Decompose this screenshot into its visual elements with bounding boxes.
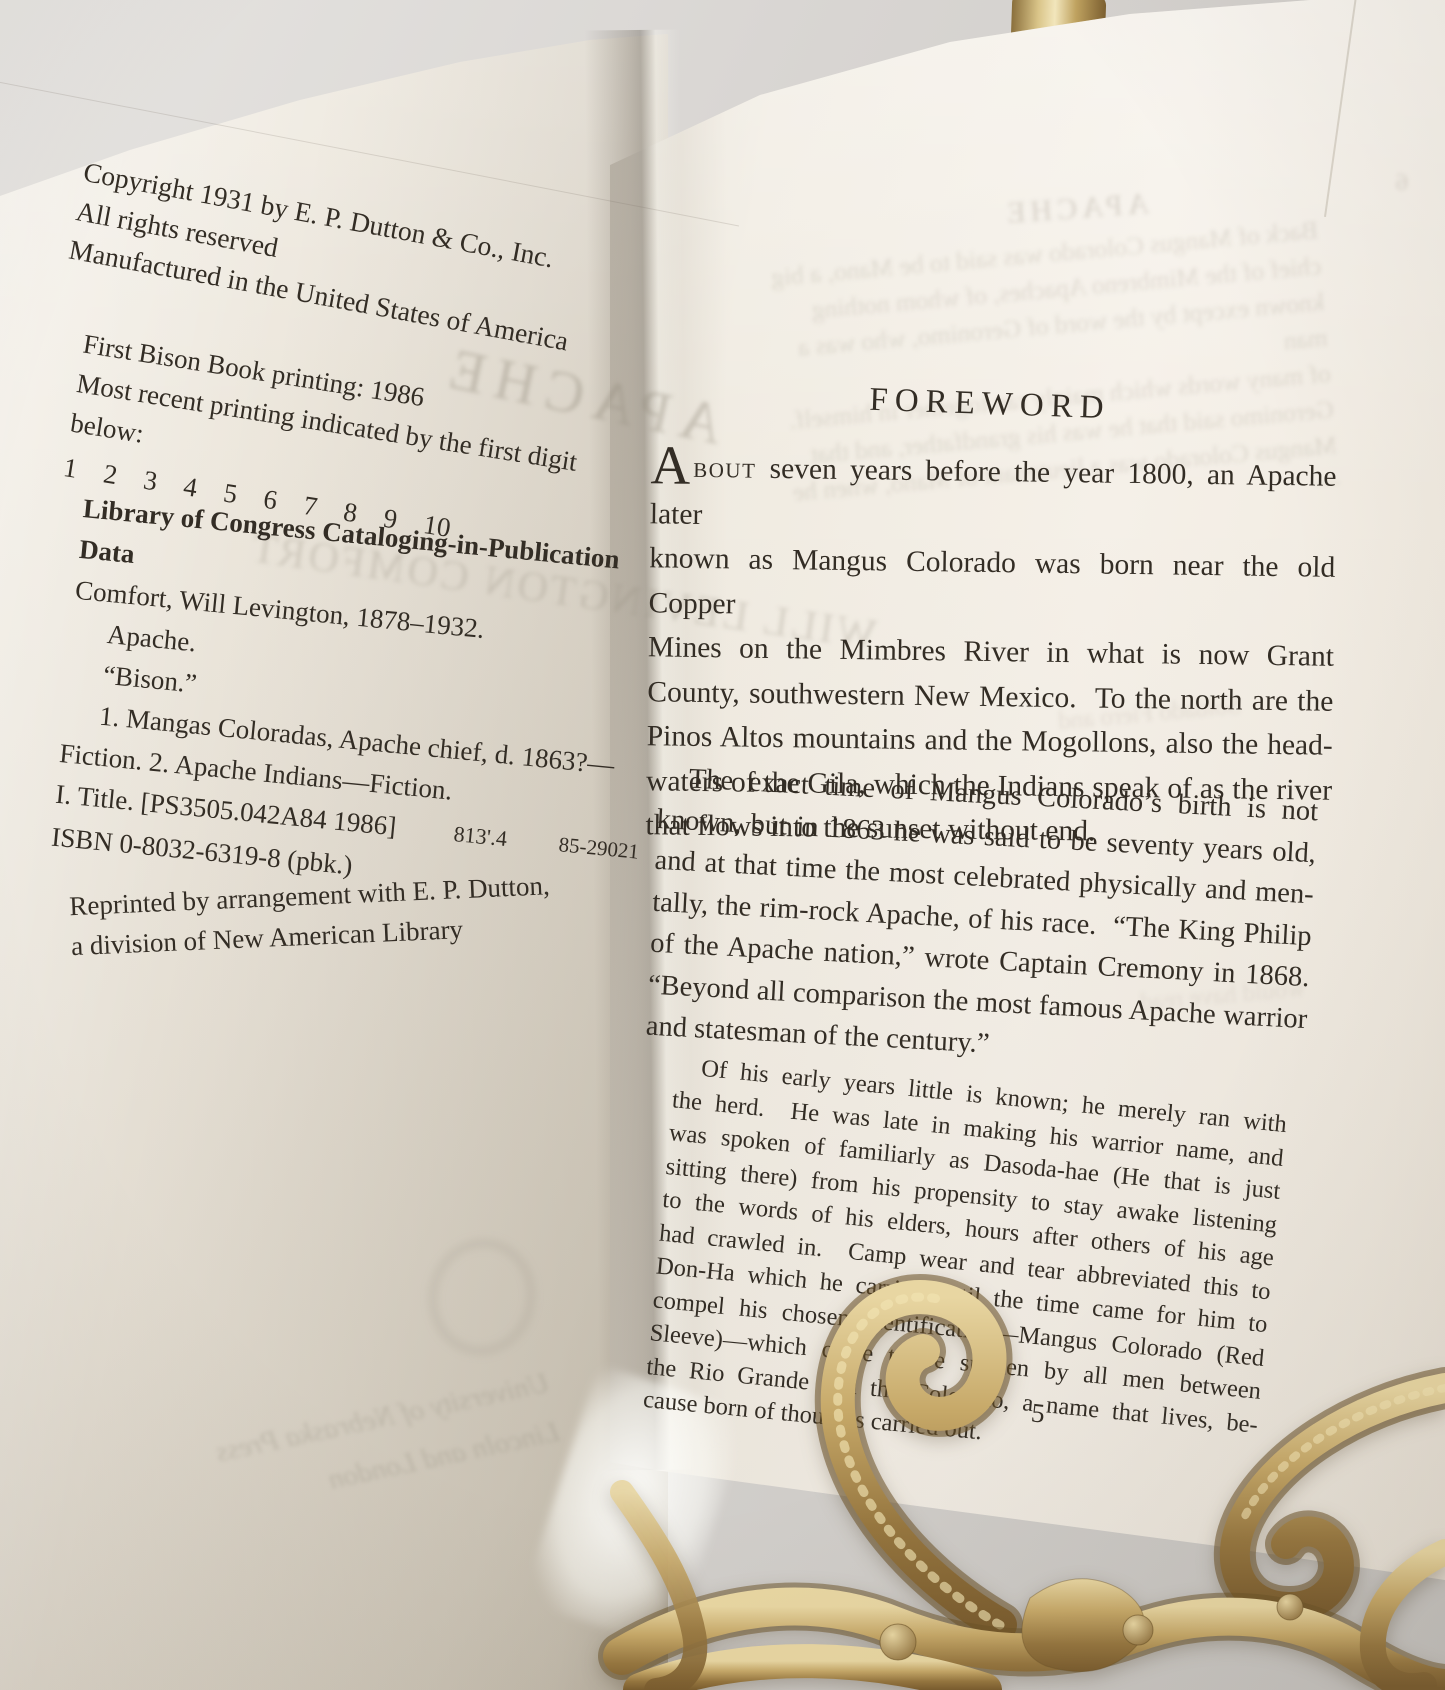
ghost-page-number: 6 [1396,170,1408,197]
foreword-paragraph-1-first-line: ABOUT seven years before the year 1800, … [650,445,1337,546]
page-number: 5 [1007,1395,1070,1432]
easel-base-band [622,1552,1445,1690]
open-book-photo: APACHE WILL LEVINGTON COMFORT University… [0,0,1445,1690]
dropcap-a: A [650,434,691,496]
library-of-congress-block: Library of Congress Cataloging-in-Public… [50,488,683,915]
dewey-number: 813'.4 [452,813,509,859]
smallcaps-bout: BOUT [693,458,757,483]
foreword-paragraph-2: The exact time of Mangus Colorado’s birt… [645,757,1319,1082]
foreword-paragraph-3: Of his early years little is known; he m… [642,1049,1288,1475]
